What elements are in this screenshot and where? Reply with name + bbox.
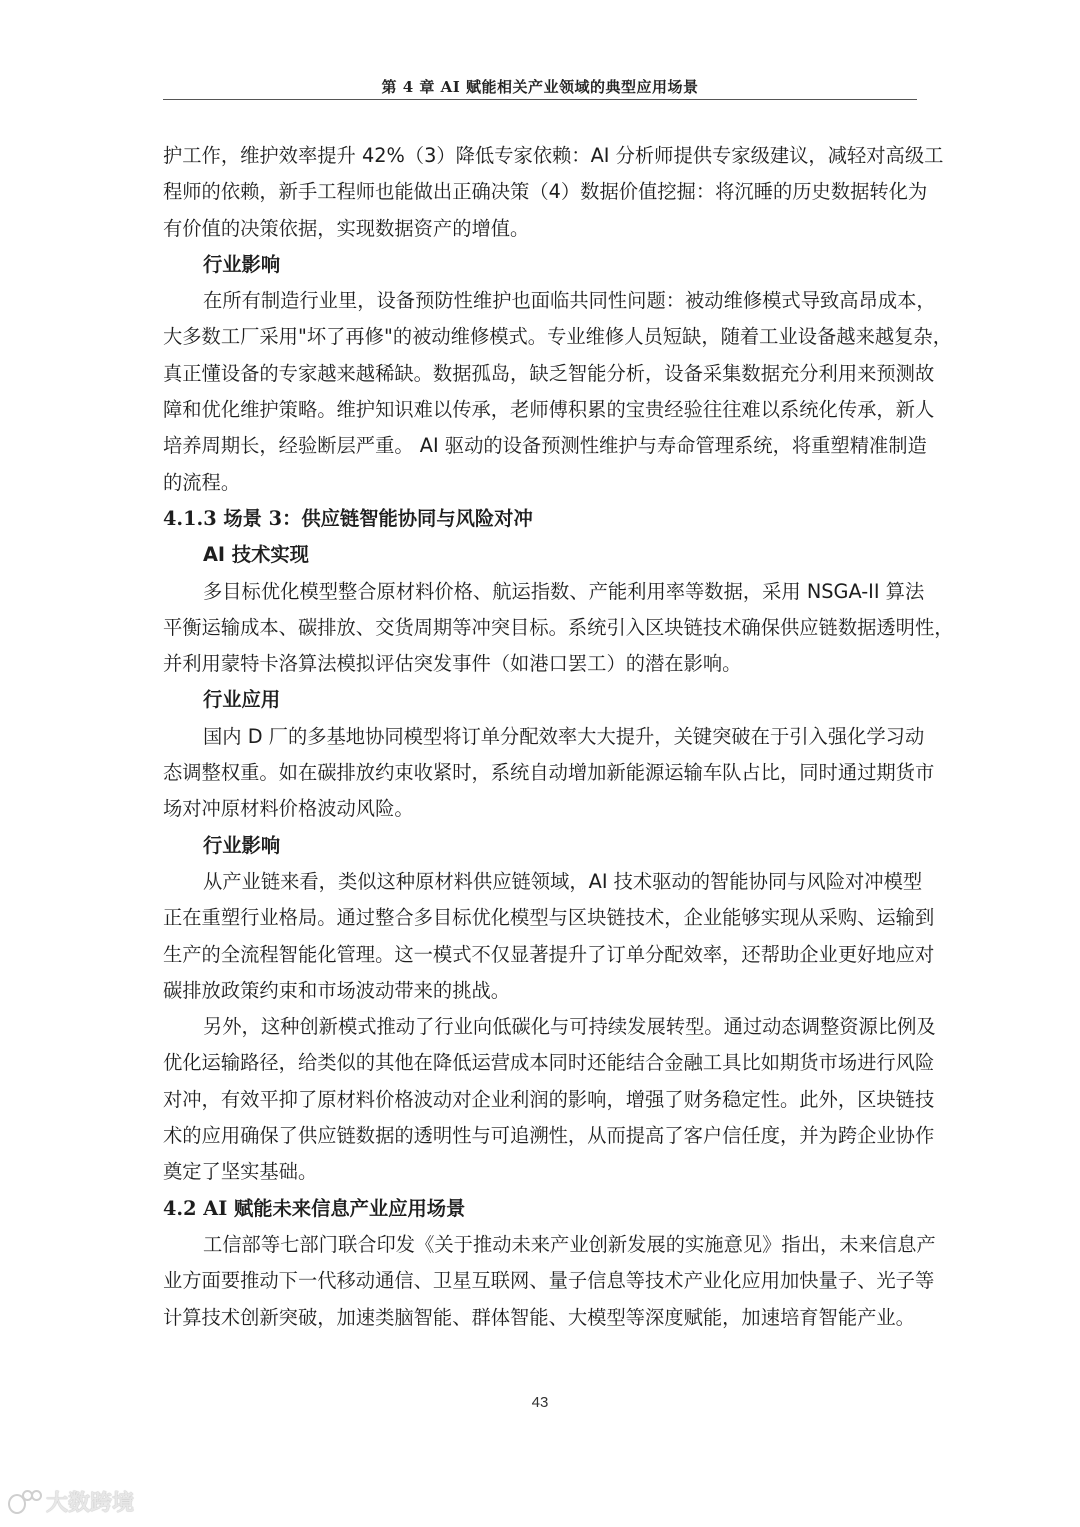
- logo-icon: [8, 1490, 42, 1514]
- paragraph-line: 护工作，维护效率提升 42%（3）降低专家依赖：AI 分析师提供专家级建议，减轻…: [163, 138, 917, 174]
- subheading-ai-tech: AI 技术实现: [163, 537, 917, 573]
- paragraph-line: 业方面要推动下一代移动通信、卫星互联网、量子信息等技术产业化应用加快量子、光子等: [163, 1263, 917, 1299]
- paragraph-line: 有价值的决策依据，实现数据资产的增值。: [163, 211, 917, 247]
- paragraph-line: 从产业链来看，类似这种原材料供应链领域，AI 技术驱动的智能协同与风险对冲模型: [163, 864, 917, 900]
- paragraph-line: 国内 D 厂的多基地协同模型将订单分配效率大大提升，关键突破在于引入强化学习动: [163, 719, 917, 755]
- paragraph-line: 奠定了坚实基础。: [163, 1154, 917, 1190]
- paragraph-line: 计算技术创新突破，加速类脑智能、群体智能、大模型等深度赋能，加速培育智能产业。: [163, 1300, 917, 1336]
- watermark: 大数跨境: [8, 1486, 134, 1517]
- section-heading-4-1-3: 4.1.3 场景 3：供应链智能协同与风险对冲: [163, 501, 917, 537]
- paragraph-line: 另外，这种创新模式推动了行业向低碳化与可持续发展转型。通过动态调整资源比例及: [163, 1009, 917, 1045]
- page-body: 护工作，维护效率提升 42%（3）降低专家依赖：AI 分析师提供专家级建议，减轻…: [163, 138, 917, 1336]
- header-rule: [163, 99, 917, 100]
- paragraph-line: 并利用蒙特卡洛算法模拟评估突发事件（如港口罢工）的潜在影响。: [163, 646, 917, 682]
- paragraph-line: 生产的全流程智能化管理。这一模式不仅显著提升了订单分配效率，还帮助企业更好地应对: [163, 937, 917, 973]
- page-number: 43: [0, 1394, 1080, 1411]
- paragraph-line: 平衡运输成本、碳排放、交货周期等冲突目标。系统引入区块链技术确保供应链数据透明性…: [163, 610, 917, 646]
- paragraph-line: 在所有制造行业里，设备预防性维护也面临共同性问题：被动维修模式导致高昂成本，: [163, 283, 917, 319]
- paragraph-line: 真正懂设备的专家越来越稀缺。数据孤岛，缺乏智能分析，设备采集数据充分利用来预测故: [163, 356, 917, 392]
- paragraph-line: 多目标优化模型整合原材料价格、航运指数、产能利用率等数据，采用 NSGA-II …: [163, 574, 917, 610]
- paragraph-line: 对冲，有效平抑了原材料价格波动对企业利润的影响，增强了财务稳定性。此外，区块链技: [163, 1082, 917, 1118]
- paragraph-line: 大多数工厂采用"坏了再修"的被动维修模式。专业维修人员短缺，随着工业设备越来越复…: [163, 319, 917, 355]
- paragraph-line: 优化运输路径，给类似的其他在降低运营成本同时还能结合金融工具比如期货市场进行风险: [163, 1045, 917, 1081]
- paragraph-line: 的流程。: [163, 465, 917, 501]
- paragraph-line: 工信部等七部门联合印发《关于推动未来产业创新发展的实施意见》指出，未来信息产: [163, 1227, 917, 1263]
- paragraph-line: 程师的依赖，新手工程师也能做出正确决策（4）数据价值挖掘：将沉睡的历史数据转化为: [163, 174, 917, 210]
- watermark-text: 大数跨境: [46, 1486, 134, 1517]
- section-heading-4-2: 4.2 AI 赋能未来信息产业应用场景: [163, 1191, 917, 1227]
- running-header: 第 4 章 AI 赋能相关产业领域的典型应用场景: [163, 76, 917, 97]
- paragraph-line: 障和优化维护策略。维护知识难以传承，老师傅积累的宝贵经验往往难以系统化传承，新人: [163, 392, 917, 428]
- paragraph-line: 术的应用确保了供应链数据的透明性与可追溯性，从而提高了客户信任度，并为跨企业协作: [163, 1118, 917, 1154]
- paragraph-line: 态调整权重。如在碳排放约束收紧时，系统自动增加新能源运输车队占比，同时通过期货市: [163, 755, 917, 791]
- subheading-industry-application: 行业应用: [163, 682, 917, 718]
- paragraph-line: 正在重塑行业格局。通过整合多目标优化模型与区块链技术，企业能够实现从采购、运输到: [163, 900, 917, 936]
- subheading-industry-impact: 行业影响: [163, 247, 917, 283]
- subheading-industry-impact: 行业影响: [163, 828, 917, 864]
- paragraph-line: 培养周期长，经验断层严重。 AI 驱动的设备预测性维护与寿命管理系统，将重塑精准…: [163, 428, 917, 464]
- paragraph-line: 碳排放政策约束和市场波动带来的挑战。: [163, 973, 917, 1009]
- paragraph-line: 场对冲原材料价格波动风险。: [163, 791, 917, 827]
